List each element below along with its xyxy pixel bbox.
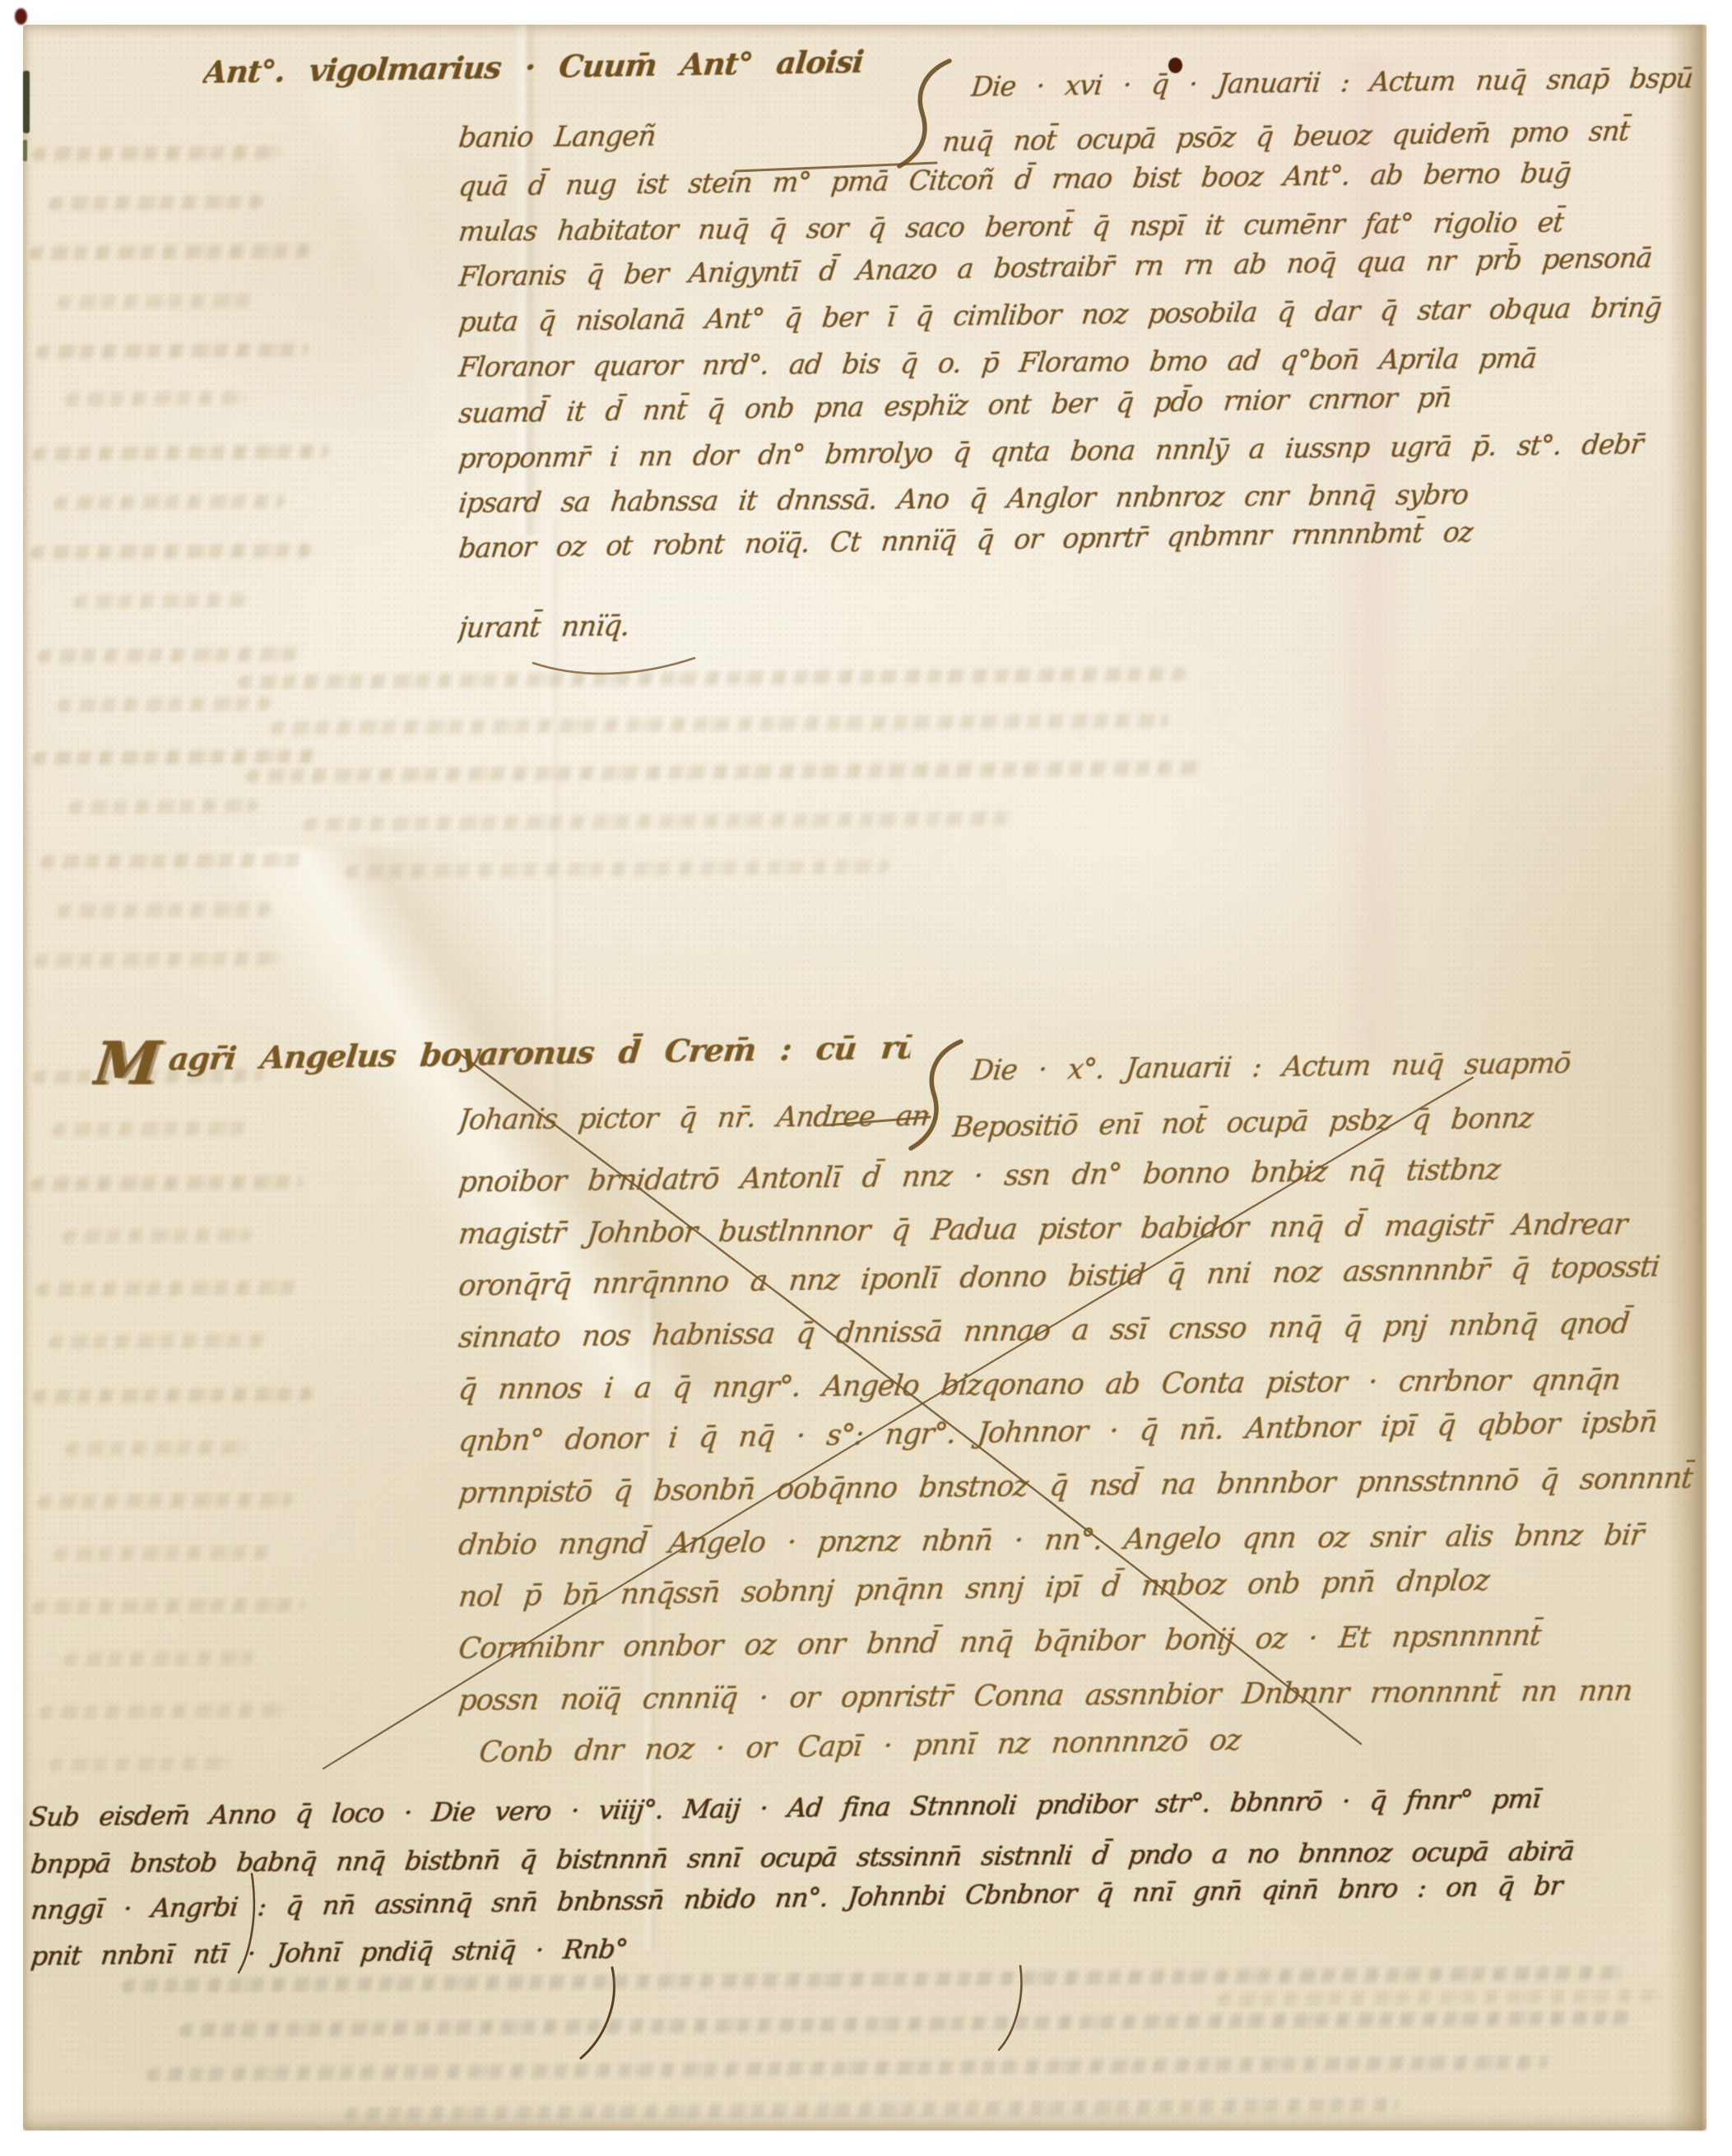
- page-edge-shading-bottom: [23, 2109, 1706, 2130]
- manuscript-line: banio Langeñ: [457, 117, 815, 157]
- page-edge-shading-top: [23, 25, 1706, 39]
- manuscript-photo-frame: Ant°. vigolmarius · Cuum̄ Ant° aloisiDie…: [0, 0, 1732, 2156]
- fold-crease-vertical-mid: [543, 518, 561, 1110]
- corner-ink-stain: [15, 8, 27, 25]
- manuscript-line: Johanis pictor q̄ nr̄. Andree amgrd̄: [457, 1098, 931, 1140]
- manuscript-line: jurant̄ nnïq̄.: [457, 607, 733, 648]
